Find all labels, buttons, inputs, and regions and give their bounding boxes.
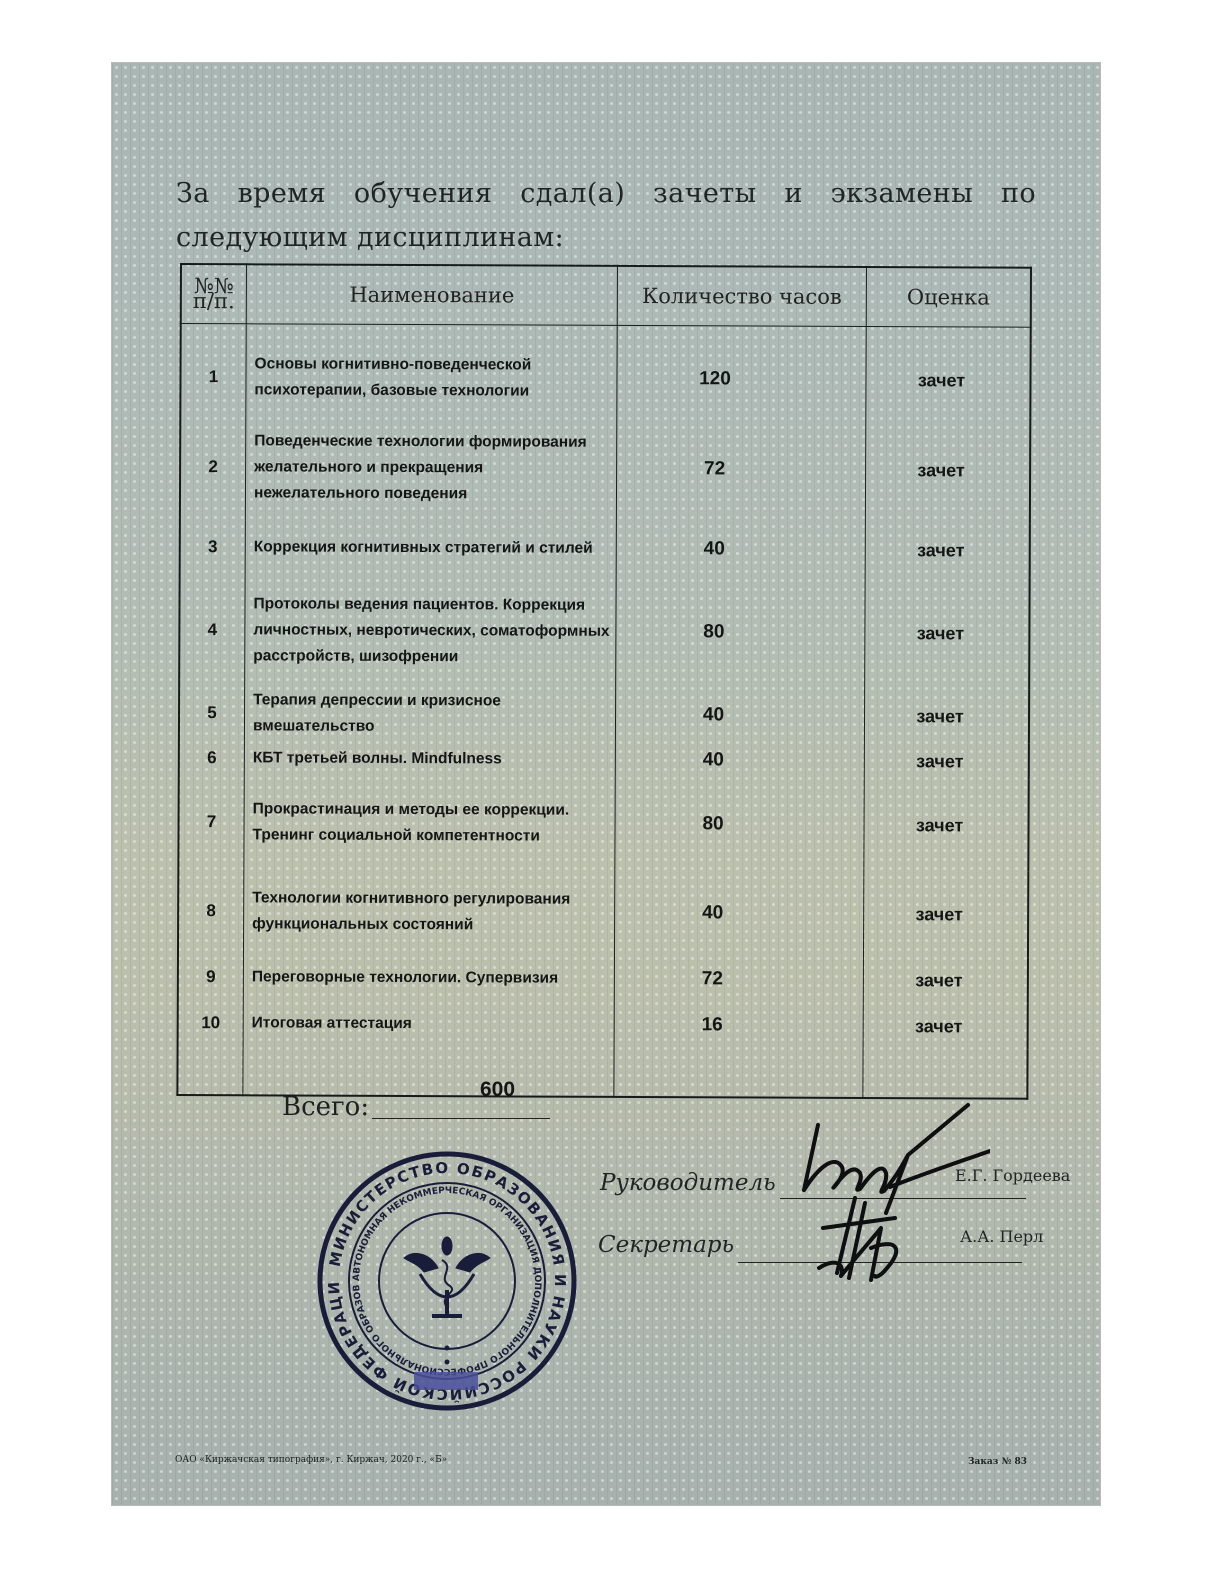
cell-grade: зачет [864,689,1029,744]
cell-hours: 120 [617,342,866,417]
table-row: 10Итоговая аттестация16зачет [178,1000,1028,1050]
cell-grade: зачет [863,957,1028,1004]
cell-grade: зачет [865,523,1030,578]
head-role-label: Руководитель [600,1170,776,1196]
cell-hours: 80 [616,576,865,689]
table-row: 7Прокрастинация и методы ее коррекции. Т… [178,776,1028,872]
cell-name: Переговорные технологии. Супервизия [243,954,614,1002]
cell-hours: 40 [615,742,864,779]
table-row: 5Терапия депрессии и кризисное вмешатель… [179,686,1029,744]
header-grade: Оценка [866,267,1031,327]
table-row: 1Основы когнитивно-поведенческой психоте… [180,340,1030,418]
table-header-row: №№ п/п. Наименование Количество часов Оц… [181,264,1031,327]
cell-grade: зачет [864,743,1029,780]
total-underline [372,1118,550,1119]
cell-grade: зачет [865,577,1030,690]
cell-num: 3 [180,520,246,574]
table-body: 1Основы когнитивно-поведенческой психоте… [177,324,1030,1099]
seal-stamp-icon: МИНИСТЕРСТВО ОБРАЗОВАНИЯ И НАУКИ РОССИЙС… [316,1150,578,1412]
cell-name: Прокрастинация и методы ее коррекции. Тр… [244,776,615,870]
table-row: 2Поведенческие технологии формирования ж… [180,414,1030,524]
intro-text: За время обучения сдал(а) зачеты и экзам… [176,172,1036,260]
cell-grade: зачет [864,779,1029,872]
cell-hours: 72 [614,956,863,1003]
cell-num: 6 [179,740,245,776]
table-empty-row [177,1046,1027,1099]
cell-num: 10 [178,1000,244,1046]
secretary-role-label: Секретарь [598,1232,734,1258]
cell-name: Терапия депрессии и кризисное вмешательс… [244,686,615,742]
cell-num: 8 [178,868,244,954]
cell-grade: зачет [863,1003,1028,1050]
cell-num: 4 [179,574,245,686]
cell-name: Итоговая аттестация [243,1000,614,1048]
cell-grade: зачет [865,417,1030,524]
secretary-name: А.А. Перл [960,1227,1043,1246]
order-number: Заказ № 83 [968,1457,1027,1467]
cell-hours: 40 [614,870,863,957]
total-label: Всего: [282,1092,369,1122]
table-row: 4Протоколы ведения пациентов. Коррекция … [179,574,1029,690]
cell-name: Поведенческие технологии формирования же… [245,414,616,522]
disciplines-table: №№ п/п. Наименование Количество часов Оц… [176,263,1032,1100]
cell-name: Коррекция когнитивных стратегий и стилей [245,520,616,576]
cell-hours: 40 [616,522,865,577]
cell-name: Протоколы ведения пациентов. Коррекция л… [245,574,616,688]
table-row: 8Технологии когнитивного регулирования ф… [178,868,1028,958]
header-hours: Количество часов [617,266,866,327]
table-row: 3Коррекция когнитивных стратегий и стиле… [180,520,1030,578]
cell-hours: 16 [614,1002,863,1049]
cell-num: 9 [178,954,244,1000]
cell-num: 5 [179,686,245,740]
header-name: Наименование [246,264,617,325]
cell-num: 7 [178,776,244,868]
total-value: 600 [480,1078,515,1102]
header-num: №№ п/п. [181,264,247,324]
table-row: 9Переговорные технологии. Супервизия72за… [178,954,1028,1004]
cell-hours: 72 [616,416,865,523]
cell-name: КБТ третьей волны. Mindfulness [244,740,615,778]
cell-num: 2 [180,414,246,520]
cell-name: Основы когнитивно-поведенческой психотер… [246,340,617,416]
cell-grade: зачет [863,871,1028,958]
table-row: 6КБТ третьей волны. Mindfulness40зачет [179,740,1029,780]
cell-num: 1 [180,340,246,414]
cell-hours: 80 [615,778,864,871]
cell-grade: зачет [866,343,1031,418]
secretary-signature-icon [815,1188,925,1283]
cell-hours: 40 [615,688,864,743]
cell-name: Технологии когнитивного регулирования фу… [243,868,614,956]
printer-info: ОАО «Киржачская типография», г. Киржач, … [175,1455,447,1465]
